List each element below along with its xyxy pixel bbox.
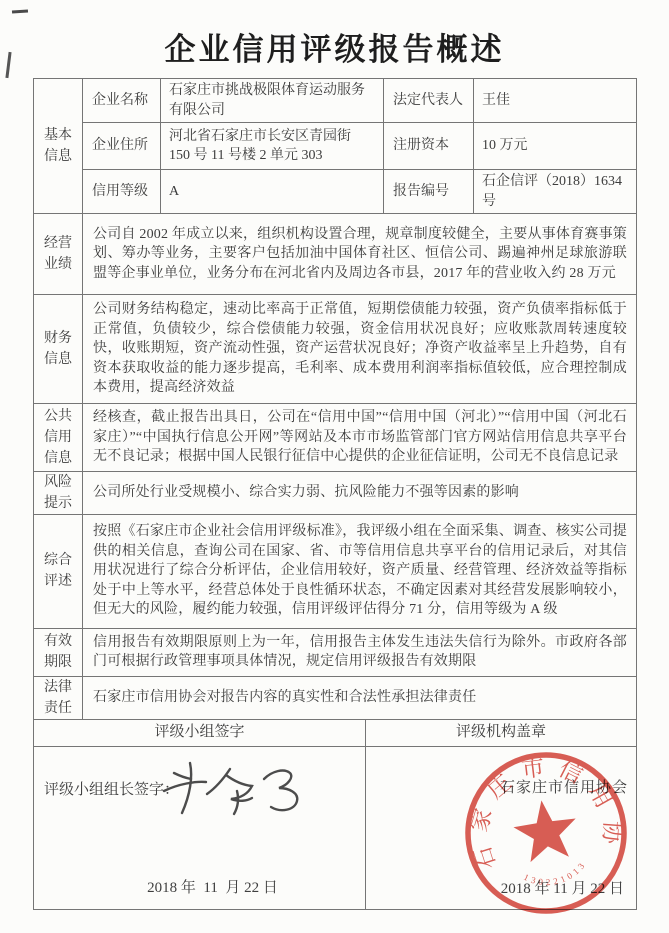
- signature-body-row: 评级小组组长签字： 2018 年 11 月 22 日 石家庄市信用协会 2018…: [34, 747, 637, 910]
- official-seal-stamp: 石家庄市信用协会 1302210130: [449, 735, 643, 929]
- section-content: 公司所处行业受规模小、综合实力弱、抗风险能力不强等因素的影响: [93, 483, 519, 503]
- company-address-value: 河北省石家庄市长安区青园街 150 号 11 号楼 2 单元 303: [161, 123, 384, 170]
- credit-grade-label: 信用等级: [83, 170, 161, 214]
- basic-info-section: 基本信息 企业名称 石家庄市挑战极限体育运动服务有限公司 法定代表人 王佳 企业…: [34, 79, 637, 214]
- team-leader-signature-label: 评级小组组长签字：: [44, 781, 179, 801]
- seal-star-icon: [510, 795, 580, 863]
- section-content: 经核查，截止报告出具日，公司在“信用中国”“信用中国（河北）”“信用中国（河北石…: [93, 408, 627, 467]
- section-label: 财务信息: [44, 328, 72, 370]
- legal-rep-label: 法定代表人: [384, 79, 474, 123]
- section-public-credit-info: 公共信用信息 经核查，截止报告出具日，公司在“信用中国”“信用中国（河北）”“信…: [34, 404, 637, 472]
- company-name-value: 石家庄市挑战极限体育运动服务有限公司: [161, 79, 384, 123]
- section-label: 风险提示: [44, 472, 72, 514]
- agency-seal-cell: 石家庄市信用协会 2018 年 11 月 22 日 石家庄市信用协会 13022…: [366, 747, 637, 910]
- section-content: 按照《石家庄市企业社会信用评级标准》，我评级小组在全面采集、调查、核实公司提供的…: [93, 522, 627, 620]
- section-content: 石家庄市信用协会对报告内容的真实性和合法性承担法律责任: [93, 688, 476, 708]
- section-business-performance: 经营业绩 公司自 2002 年成立以来，组织机构设置合理，规章制度较健全，主要从…: [34, 214, 637, 295]
- report-number-label: 报告编号: [384, 170, 474, 214]
- section-comprehensive-review: 综合评述 按照《石家庄市企业社会信用评级标准》，我评级小组在全面采集、调查、核实…: [34, 515, 637, 629]
- team-signature-header: 评级小组签字: [34, 720, 366, 747]
- section-content: 公司财务结构稳定，速动比率高于正常值，短期偿债能力较强，资产负债率指标低于正常值…: [93, 300, 627, 398]
- section-risk-warning: 风险提示 公司所处行业受规模小、综合实力弱、抗风险能力不强等因素的影响: [34, 472, 637, 515]
- registered-capital-label: 注册资本: [384, 123, 474, 170]
- scan-artifact: [12, 9, 28, 13]
- section-content: 信用报告有效期限原则上为一年，信用报告主体发生违法失信行为除外。市政府各部门可根…: [93, 633, 627, 672]
- section-content: 公司自 2002 年成立以来，组织机构设置合理，规章制度较健全，主要从事体育赛事…: [93, 225, 627, 284]
- section-label: 法律责任: [44, 677, 72, 719]
- page-title: 企业信用评级报告概述: [0, 24, 669, 69]
- credit-report-page: 企业信用评级报告概述 基本信息 企业名称 石家庄市挑战极限体育运动服务有限公司 …: [0, 0, 669, 933]
- credit-grade-value: A: [161, 170, 384, 214]
- handwritten-signature: [160, 757, 310, 823]
- team-signature-date: 2018 年 11 月 22 日: [34, 879, 365, 899]
- section-validity-period: 有效期限 信用报告有效期限原则上为一年，信用报告主体发生违法失信行为除外。市政府…: [34, 629, 637, 677]
- basic-info-section-label: 基本信息: [34, 79, 83, 214]
- section-label: 公共信用信息: [44, 406, 72, 469]
- registered-capital-value: 10 万元: [474, 123, 637, 170]
- section-label: 综合评述: [44, 550, 72, 592]
- company-address-label: 企业住所: [83, 123, 161, 170]
- section-financial-info: 财务信息 公司财务结构稳定，速动比率高于正常值，短期偿债能力较强，资产负债率指标…: [34, 295, 637, 404]
- section-legal-liability: 法律责任 石家庄市信用协会对报告内容的真实性和合法性承担法律责任: [34, 677, 637, 720]
- company-name-label: 企业名称: [83, 79, 161, 123]
- signature-header-row: 评级小组签字 评级机构盖章: [34, 720, 637, 747]
- seal-ring-text: 石家庄市信用协会: [449, 735, 630, 879]
- team-signature-cell: 评级小组组长签字： 2018 年 11 月 22 日: [34, 747, 366, 910]
- section-label: 有效期限: [44, 631, 72, 673]
- report-number-value: 石企信评（2018）1634 号: [474, 170, 637, 214]
- section-label: 经营业绩: [44, 233, 72, 275]
- legal-rep-value: 王佳: [474, 79, 637, 123]
- report-table: 基本信息 企业名称 石家庄市挑战极限体育运动服务有限公司 法定代表人 王佳 企业…: [33, 78, 637, 910]
